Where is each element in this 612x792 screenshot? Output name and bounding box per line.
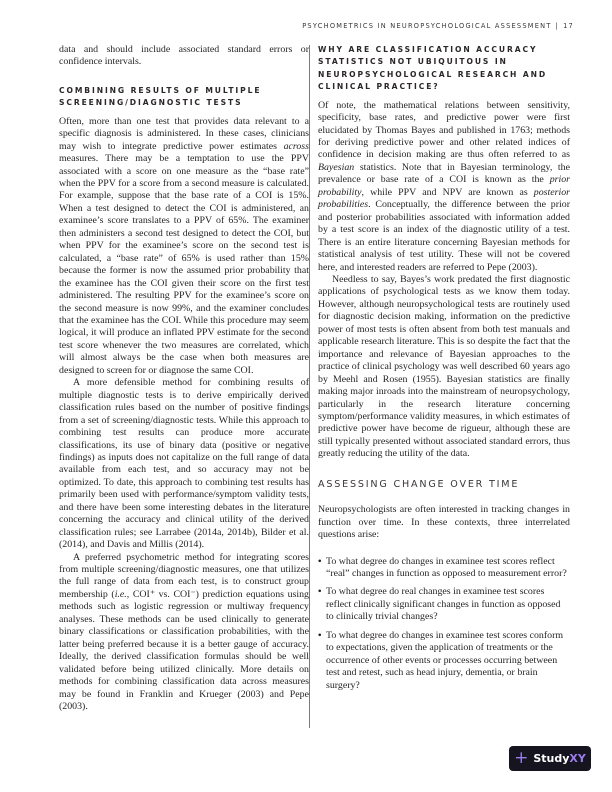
paragraph-change-intro: Neuropsychologists are often interested …: [318, 504, 570, 541]
paragraph-combining-3: A preferred psychometric method for inte…: [59, 552, 309, 714]
header-separator: |: [556, 22, 559, 30]
list-item: •To what degree do changes in examinee t…: [318, 556, 570, 581]
carryover-paragraph: data and should include associated stand…: [59, 44, 309, 69]
paragraph-combining-1: Often, more than one test that provides …: [59, 116, 309, 378]
running-head: PSYCHOMETRICS IN NEUROPSYCHOLOGICAL ASSE…: [302, 22, 574, 30]
list-item: •To what degree do changes in examinee t…: [318, 630, 570, 692]
paragraph-bayes-1: Of note, the mathematical relations betw…: [318, 100, 570, 274]
studyxy-watermark-badge[interactable]: + StudyXY: [509, 746, 591, 771]
paragraph-combining-2: A more defensible method for combining r…: [59, 377, 309, 551]
section-heading-combining-results: COMBINING RESULTS OF MULTIPLE SCREENING/…: [59, 85, 309, 110]
bullet-icon: •: [318, 556, 321, 568]
running-title: PSYCHOMETRICS IN NEUROPSYCHOLOGICAL ASSE…: [302, 22, 551, 30]
page-number: 17: [563, 22, 574, 30]
bullet-icon: •: [318, 586, 321, 598]
plus-icon: +: [514, 750, 528, 767]
right-column: WHY ARE CLASSIFICATION ACCURACY STATISTI…: [318, 44, 570, 698]
column-divider: [309, 45, 310, 728]
bullet-icon: •: [318, 630, 321, 642]
list-item: •To what degree do real changes in exami…: [318, 586, 570, 623]
brand-name: StudyXY: [533, 752, 586, 765]
paragraph-bayes-2: Needless to say, Bayes’s work predated t…: [318, 274, 570, 461]
section-heading-why-not-ubiquitous: WHY ARE CLASSIFICATION ACCURACY STATISTI…: [318, 44, 570, 94]
section-heading-assessing-change: ASSESSING CHANGE OVER TIME: [318, 479, 570, 491]
questions-list: •To what degree do changes in examinee t…: [318, 556, 570, 693]
left-column: data and should include associated stand…: [59, 44, 309, 713]
